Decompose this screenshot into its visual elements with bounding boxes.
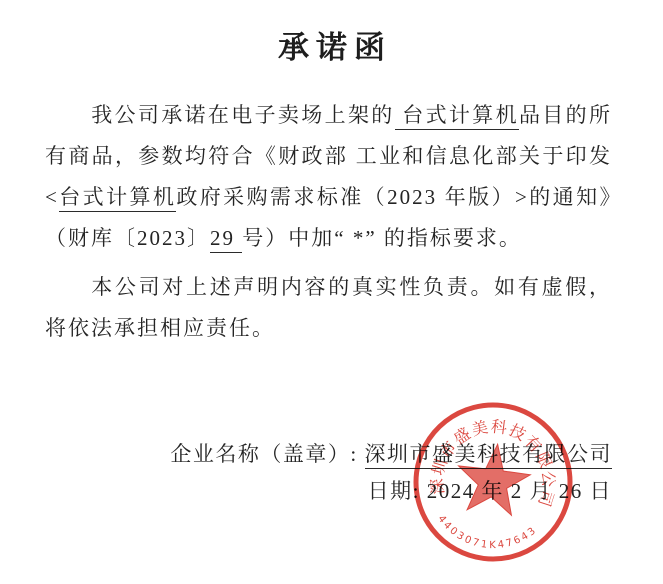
p1-standard-name-underlined: 台式计算机 [59,185,177,212]
paragraph-commitment: 我公司承诺在电子卖场上架的 台式计算机品目的所有商品，参数均符合《财政部 工业和… [45,95,612,259]
document-page: 承诺函 我公司承诺在电子卖场上架的 台式计算机品目的所有商品，参数均符合《财政部… [0,0,663,584]
company-label: 企业名称（盖章）: [170,442,364,466]
company-seal-stamp: 深圳市盛美科技有限公司 4403071K47643 [397,386,589,578]
document-body: 我公司承诺在电子卖场上架的 台式计算机品目的所有商品，参数均符合《财政部 工业和… [45,95,612,349]
document-title: 承诺函 [0,22,663,67]
paragraph-responsibility: 本公司对上述声明内容的真实性负责。如有虚假，将依法承担相应责任。 [45,267,612,349]
seal-star-icon [453,440,533,517]
p1-lead-text: 我公司承诺在电子卖场上架的 [91,103,394,127]
p1-tail-text: 号）中加“ *” 的指标要求。 [242,226,522,250]
p1-doc-number-underlined: 29 [210,226,242,253]
p1-category-underlined: 台式计算机 [395,103,519,130]
